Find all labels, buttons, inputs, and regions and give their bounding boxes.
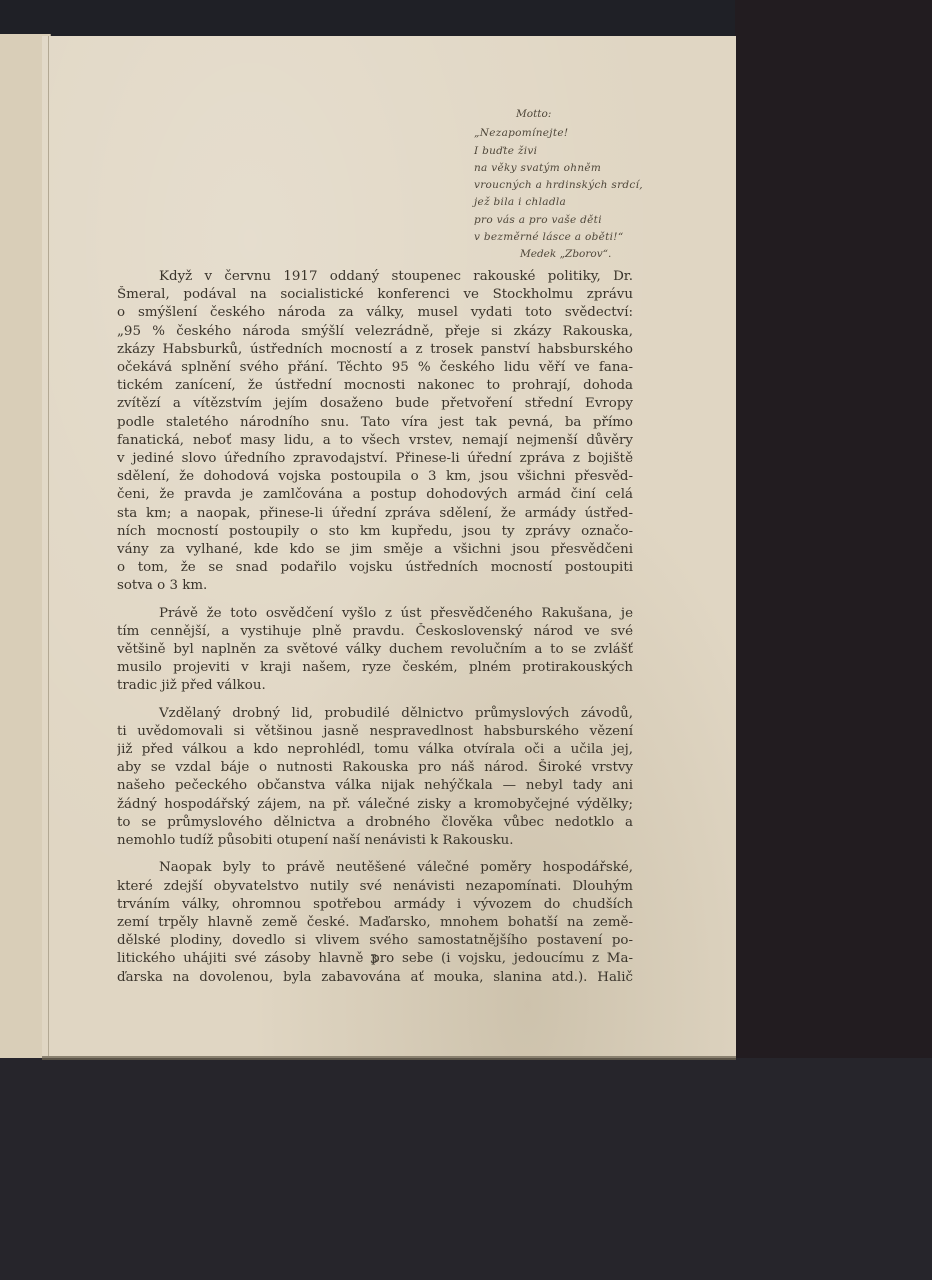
text-line: již před válkou a kdo neprohlédl, tomu v…: [117, 741, 633, 759]
text-line: Šmeral, podával na socialistické konfere…: [117, 286, 633, 304]
text-line: očekává splnění svého přání. Těchto 95 %…: [117, 359, 633, 377]
text-line: ďarska na dovolenou, byla zabavována ať …: [117, 969, 633, 987]
text-line: žádný hospodářský zájem, na př. válečné …: [117, 796, 633, 814]
text-line: v jediné slovo úředního zpravodajství. P…: [117, 450, 633, 468]
text-line: většině byl naplněn za světové války duc…: [117, 641, 633, 659]
text-line: dělské plodiny, dovedlo si vlivem svého …: [117, 932, 633, 950]
page-fold-line: [48, 36, 49, 1056]
text-line: fanatická, neboť masy lidu, a to všech v…: [117, 432, 633, 450]
motto-line: jež bila i chladla: [474, 194, 694, 211]
motto-line: vroucných a hrdinských srdcí,: [474, 177, 694, 194]
text-line: podle staletého národního snu. Tato víra…: [117, 414, 633, 432]
text-line: sdělení, že dohodová vojska postoupila o…: [117, 468, 633, 486]
motto-attribution: Medek „Zborov“.: [474, 246, 694, 263]
motto-line: „Nezapomínejte!: [474, 125, 694, 142]
text-line: aby se vzdal báje o nutnosti Rakouska pr…: [117, 759, 633, 777]
page-number: 3: [370, 952, 378, 966]
motto-label: Motto:: [474, 106, 694, 123]
text-line: Vzdělaný drobný lid, probudilé dělnictvo…: [117, 705, 633, 723]
text-line: tickém zanícení, že ústřední mocnosti na…: [117, 377, 633, 395]
motto-line: pro vás a pro vaše děti: [474, 212, 694, 229]
text-line: tradic již před válkou.: [117, 677, 633, 695]
text-line: které zdejší obyvatelstvo nutily své nen…: [117, 878, 633, 896]
motto-block: Motto: „Nezapomínejte! I buďte živi na v…: [474, 106, 694, 264]
motto-line: na věky svatým ohněm: [474, 160, 694, 177]
text-line: sotva o 3 km.: [117, 577, 633, 595]
text-line: o tom, že se snad podařilo vojsku ústřed…: [117, 559, 633, 577]
text-line: Právě že toto osvědčení vyšlo z úst přes…: [117, 605, 633, 623]
motto-line: I buďte živi: [474, 143, 694, 160]
text-line: zkázy Habsburků, ústředních mocností a z…: [117, 341, 633, 359]
text-line: zemí trpěly hlavně země české. Maďarsko,…: [117, 914, 633, 932]
text-line: trváním války, ohromnou spotřebou armády…: [117, 896, 633, 914]
text-line: čeni, že pravda je zamlčována a postup d…: [117, 486, 633, 504]
motto-line: v bezměrné lásce a oběti!“: [474, 229, 694, 246]
text-line: „95 % českého národa smýšlí velezrádně, …: [117, 323, 633, 341]
text-line: musilo projeviti v kraji našem, ryze čes…: [117, 659, 633, 677]
text-line: o smýšlení českého národa za války, muse…: [117, 304, 633, 322]
text-line: to se průmyslového dělnictva a drobného …: [117, 814, 633, 832]
paragraph: Když v červnu 1917 oddaný stoupenec rako…: [117, 268, 633, 596]
scanner-backdrop-bottom: [0, 1058, 932, 1280]
text-line: sta km; a naopak, přinese-li úřední zprá…: [117, 505, 633, 523]
text-line: Naopak byly to právě neutěšené válečné p…: [117, 859, 633, 877]
paragraph: Vzdělaný drobný lid, probudilé dělnictvo…: [117, 705, 633, 851]
text-line: Když v červnu 1917 oddaný stoupenec rako…: [117, 268, 633, 286]
text-line: zvítězí a vítězstvím jejím dosaženo bude…: [117, 395, 633, 413]
text-line: ních mocností postoupily o sto km kupřed…: [117, 523, 633, 541]
text-line: nemohlo tudíž působiti otupení naší nená…: [117, 832, 633, 850]
paragraph: Naopak byly to právě neutěšené válečné p…: [117, 859, 633, 986]
text-line: vány za vylhané, kde kdo se jim směje a …: [117, 541, 633, 559]
text-line: ti uvědomovali si většinou jasně nesprav…: [117, 723, 633, 741]
text-line: našeho pečeckého občanstva válka nijak n…: [117, 777, 633, 795]
paragraph: Právě že toto osvědčení vyšlo z úst přes…: [117, 605, 633, 696]
body-text: Když v červnu 1917 oddaný stoupenec rako…: [117, 268, 633, 996]
text-line: tím cennější, a vystihuje plně pravdu. Č…: [117, 623, 633, 641]
